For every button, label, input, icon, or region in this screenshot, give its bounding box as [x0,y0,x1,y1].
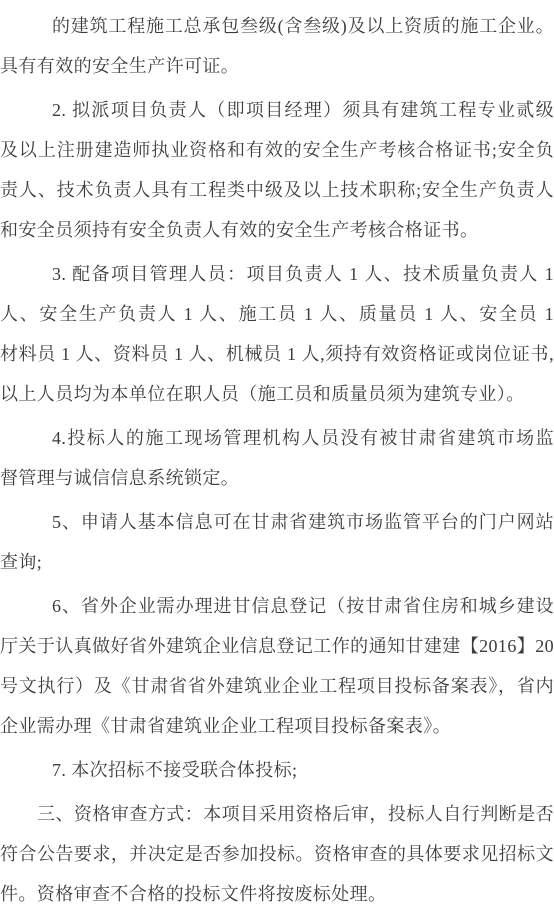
document-line: 督管理与诚信信息系统锁定。 [0,458,554,498]
document-line: 责人、技术负责人具有工程类中级及以上技术职称;安全生产负责人 [0,170,554,210]
document-line: 及以上注册建造师执业资格和有效的安全生产考核合格证书;安全负 [0,130,554,170]
document-line: 厅关于认真做好省外建筑企业信息登记工作的通知甘建建【2016】20 [0,626,554,666]
document-line: 的建筑工程施工总承包叁级(含叁级)及以上资质的施工企业。 [0,6,554,46]
document-line: 和安全员须持有安全负责人有效的安全生产考核合格证书。 [0,210,554,250]
document-line: 查询; [0,542,554,582]
document-line: 2. 拟派项目负责人（即项目经理）须具有建筑工程专业贰级 [0,90,554,130]
document-line: 企业需办理《甘肃省建筑业企业工程项目投标备案表》。 [0,706,554,746]
paragraph: 7. 本次招标不接受联合体投标; [0,750,554,790]
paragraph: 的建筑工程施工总承包叁级(含叁级)及以上资质的施工企业。具有有效的安全生产许可证… [0,6,554,86]
document-line: 人、安全生产负责人 1 人、施工员 1 人、质量员 1 人、安全员 1 人、 [0,294,554,334]
document-line: 材料员 1 人、资料员 1 人、机械员 1 人,须持有效资格证或岗位证书, [0,334,554,374]
document-line: 三、资格审查方式：本项目采用资格后审，投标人自行判断是否 [0,794,554,834]
paragraph: 三、资格审查方式：本项目采用资格后审，投标人自行判断是否符合公告要求，并决定是否… [0,794,554,914]
document-line: 符合公告要求，并决定是否参加投标。资格审查的具体要求见招标文 [0,834,554,874]
paragraph: 2. 拟派项目负责人（即项目经理）须具有建筑工程专业贰级及以上注册建造师执业资格… [0,90,554,250]
document-line: 6、省外企业需办理进甘信息登记（按甘肃省住房和城乡建设 [0,586,554,626]
document-page: 的建筑工程施工总承包叁级(含叁级)及以上资质的施工企业。具有有效的安全生产许可证… [0,0,554,915]
paragraph: 6、省外企业需办理进甘信息登记（按甘肃省住房和城乡建设厅关于认真做好省外建筑企业… [0,586,554,746]
document-line: 号文执行）及《甘肃省省外建筑业企业工程项目投标备案表》，省内 [0,666,554,706]
document-line: 件。资格审查不合格的投标文件将按废标处理。 [0,874,554,914]
document-line: 3. 配备项目管理人员：项目负责人 1 人、技术质量负责人 1 [0,254,554,294]
document-line: 5、申请人基本信息可在甘肃省建筑市场监管平台的门户网站 [0,502,554,542]
paragraph: 3. 配备项目管理人员：项目负责人 1 人、技术质量负责人 1人、安全生产负责人… [0,254,554,414]
document-line: 具有有效的安全生产许可证。 [0,46,554,86]
document-line: 4.投标人的施工现场管理机构人员没有被甘肃省建筑市场监 [0,418,554,458]
paragraph: 5、申请人基本信息可在甘肃省建筑市场监管平台的门户网站查询; [0,502,554,582]
document-body: 的建筑工程施工总承包叁级(含叁级)及以上资质的施工企业。具有有效的安全生产许可证… [0,6,554,914]
paragraph: 4.投标人的施工现场管理机构人员没有被甘肃省建筑市场监督管理与诚信信息系统锁定。 [0,418,554,498]
document-line: 7. 本次招标不接受联合体投标; [0,750,554,790]
document-line: 以上人员均为本单位在职人员（施工员和质量员须为建筑专业）。 [0,374,554,414]
